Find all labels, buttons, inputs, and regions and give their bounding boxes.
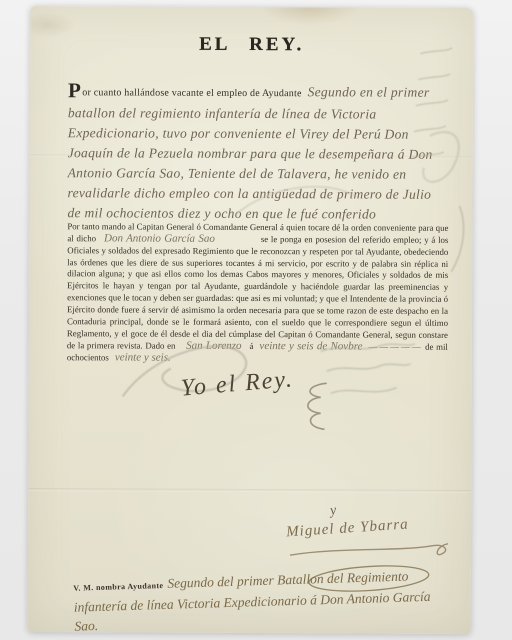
handwritten-y-mark: y (329, 503, 337, 520)
printed-lead: or cuanto hallándose vacante el empleo d… (82, 87, 307, 99)
filler-dashes: ————— (368, 341, 422, 351)
paper-sheet: EL REY. Por cuanto hallándose vacante el… (28, 6, 474, 634)
royal-rubric-icon (296, 379, 338, 435)
opening-handwritten-text: Segundo en el primer batallon del regimi… (67, 84, 432, 221)
document-title: EL REY. (30, 33, 473, 57)
handwritten-year: veinte y seis. (115, 351, 171, 363)
fold-crease (28, 488, 471, 493)
opening-paragraph: Por cuanto hallándose vacante el empleo … (67, 80, 447, 225)
handwritten-place: San Lorenzo (186, 340, 241, 352)
printed-text: á (250, 341, 254, 351)
countersignature: Miguel de Ybarra (286, 516, 410, 541)
drop-cap: P (68, 78, 82, 102)
royal-signature: Yo el Rey. (180, 366, 295, 402)
docket-handwritten-text: Segundo del primer Batallon del Regimien… (74, 568, 431, 633)
handwritten-date: veinte y seis de Novbre (259, 340, 362, 352)
countersignature-rubric-icon (286, 537, 456, 564)
body-paragraph: Por tanto mando al Capitan General ó Com… (67, 221, 449, 366)
docket-note: V. M. nombra AyudanteSegundo del primer … (73, 565, 447, 635)
docket-printed-label: V. M. nombra Ayudante (73, 581, 167, 593)
scanned-document-view: EL REY. Por cuanto hallándose vacante el… (0, 0, 512, 640)
printed-text: se le ponga en posesion del referido emp… (67, 234, 449, 351)
handwritten-name: Don Antonio García Sao (104, 232, 215, 244)
